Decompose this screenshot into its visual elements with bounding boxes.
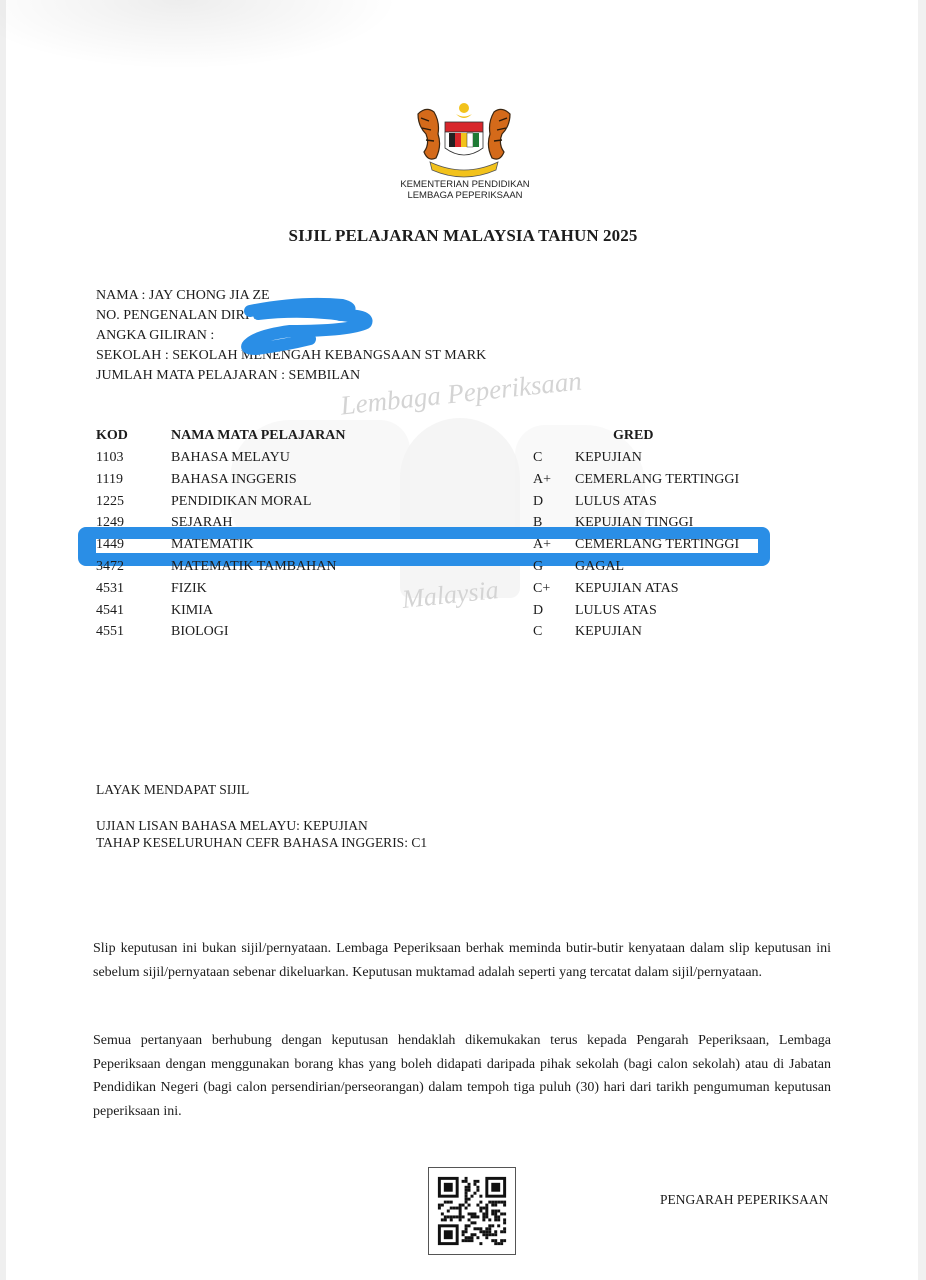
subject-name: MATEMATIK (171, 537, 253, 553)
subject-code: 1249 (96, 515, 124, 531)
subject-name: PENDIDIKAN MORAL (171, 494, 311, 510)
grade-description: KEPUJIAN (575, 450, 642, 466)
subject-name: MATEMATIK TAMBAHAN (171, 559, 336, 575)
ministry-line-2: LEMBAGA PEPERIKSAAN (380, 190, 550, 201)
qr-code-icon[interactable] (428, 1167, 516, 1255)
subject-code: 3472 (96, 559, 124, 575)
subject-name: BAHASA INGGERIS (171, 472, 297, 488)
grade-description: CEMERLANG TERTINGGI (575, 472, 739, 488)
table-row: 4541KIMIADLULUS ATAS (0, 603, 926, 625)
grade-description: KEPUJIAN (575, 624, 642, 640)
table-row: 1449MATEMATIKA+CEMERLANG TERTINGGI (0, 537, 926, 559)
table-row: 4531FIZIKC+KEPUJIAN ATAS (0, 581, 926, 603)
subject-grade: D (533, 494, 543, 510)
grade-description: LULUS ATAS (575, 494, 657, 510)
subject-name: BIOLOGI (171, 624, 229, 640)
subject-name: BAHASA MELAYU (171, 450, 290, 466)
subject-code: 4541 (96, 603, 124, 619)
header-subject: NAMA MATA PELAJARAN (171, 428, 345, 444)
subject-name: KIMIA (171, 603, 213, 619)
disclaimer-paragraph-2: Semua pertanyaan berhubung dengan keputu… (93, 1029, 831, 1123)
grade-description: KEPUJIAN TINGGI (575, 515, 693, 531)
grade-description: CEMERLANG TERTINGGI (575, 537, 739, 553)
header-grade: GRED (613, 428, 653, 444)
table-row: 4551BIOLOGICKEPUJIAN (0, 624, 926, 646)
candidate-subject-count: JUMLAH MATA PELAJARAN : SEMBILAN (96, 366, 486, 386)
subject-code: 4551 (96, 624, 124, 640)
certificate-title: SIJIL PELAJARAN MALAYSIA TAHUN 2025 (0, 226, 926, 246)
table-row: 1225PENDIDIKAN MORALDLULUS ATAS (0, 494, 926, 516)
eligibility-status: LAYAK MENDAPAT SIJIL (96, 781, 249, 798)
subject-code: 1449 (96, 537, 124, 553)
table-row: 1103BAHASA MELAYUCKEPUJIAN (0, 450, 926, 472)
table-row: 3472MATEMATIK TAMBAHANGGAGAL (0, 559, 926, 581)
malaysia-coat-of-arms-icon (412, 100, 516, 178)
subject-code: 1119 (96, 472, 123, 488)
page-shadow (0, 0, 400, 70)
oral-test-result: UJIAN LISAN BAHASA MELAYU: KEPUJIAN (96, 817, 368, 834)
signatory-title: PENGARAH PEPERIKSAAN (660, 1192, 828, 1208)
redaction-scribble (220, 295, 380, 355)
table-row: 1119BAHASA INGGERISA+CEMERLANG TERTINGGI (0, 472, 926, 494)
ministry-line-1: KEMENTERIAN PENDIDIKAN (380, 179, 550, 190)
table-row: 1249SEJARAHBKEPUJIAN TINGGI (0, 515, 926, 537)
subject-grade: C (533, 624, 542, 640)
subject-name: SEJARAH (171, 515, 232, 531)
subject-name: FIZIK (171, 581, 207, 597)
ministry-name: KEMENTERIAN PENDIDIKAN LEMBAGA PEPERIKSA… (380, 179, 550, 201)
subject-grade: D (533, 603, 543, 619)
subject-grade: G (533, 559, 543, 575)
subject-grade: B (533, 515, 542, 531)
grade-description: LULUS ATAS (575, 603, 657, 619)
subject-grade: A+ (533, 472, 551, 488)
header-code: KOD (96, 428, 128, 444)
grade-description: GAGAL (575, 559, 624, 575)
cefr-result: TAHAP KESELURUHAN CEFR BAHASA INGGERIS: … (96, 834, 427, 851)
subject-code: 1103 (96, 450, 123, 466)
subject-grade: C+ (533, 581, 550, 597)
subject-code: 1225 (96, 494, 124, 510)
grade-description: KEPUJIAN ATAS (575, 581, 679, 597)
subject-grade: A+ (533, 537, 551, 553)
subject-code: 4531 (96, 581, 124, 597)
disclaimer-paragraph-1: Slip keputusan ini bukan sijil/pernyataa… (93, 937, 831, 984)
subject-grade: C (533, 450, 542, 466)
table-header: KOD NAMA MATA PELAJARAN GRED (0, 428, 926, 450)
